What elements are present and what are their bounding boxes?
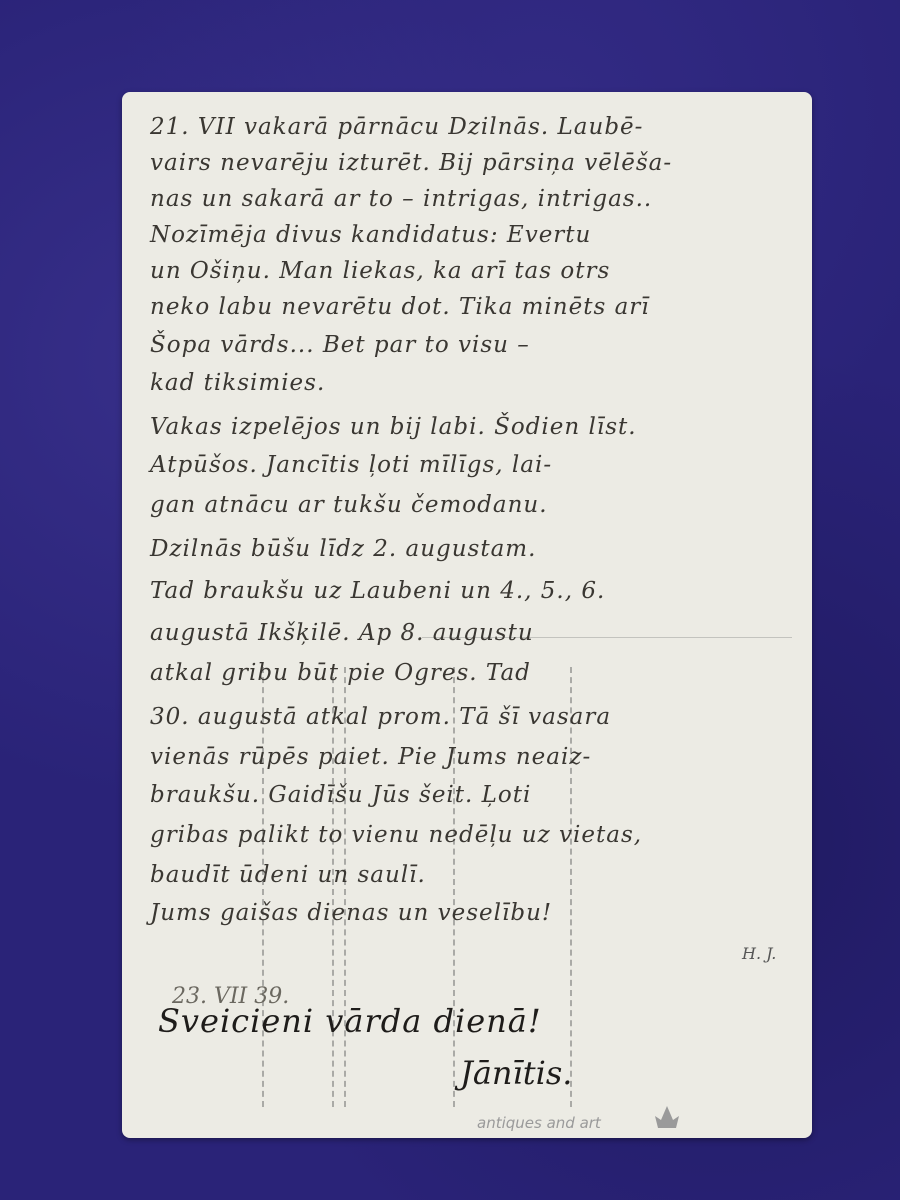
letter-line: Atpūšos. Jancītis ļoti mīlīgs, lai-: [150, 452, 552, 478]
letter-line: vienās rūpēs paiet. Pie Jums neaiz-: [150, 744, 591, 770]
letter-line: kad tiksimies.: [150, 370, 325, 396]
letter-line: nas un sakarā ar to – intrigas, intrigas…: [150, 186, 652, 212]
crown-icon: [652, 1102, 682, 1132]
letter-line: Jums gaišas dienas un veselību!: [150, 900, 552, 926]
watermark-text: antiques and art: [477, 1114, 601, 1132]
letter-line: braukšu. Gaidīšu Jūs šeit. Ļoti: [150, 782, 531, 808]
letter-line: 30. augustā atkal prom. Tā šī vasara: [150, 704, 611, 730]
letter-line: baudīt ūdeni un saulī.: [150, 862, 426, 888]
letter-line: augustā Ikšķilē. Ap 8. augustu: [150, 620, 534, 646]
letter-line: atkal gribu būt pie Ogres. Tad: [150, 660, 531, 686]
letter-line: Tad braukšu uz Laubeni un 4., 5., 6.: [150, 578, 605, 604]
postcard: 21. VII vakarā pārnācu Dzilnās. Laubē- v…: [122, 92, 812, 1138]
greeting-text: Sveicieni vārda dienā!: [158, 1002, 542, 1040]
letter-line: 21. VII vakarā pārnācu Dzilnās. Laubē-: [150, 114, 643, 140]
letter-line: gribas palikt to vienu nedēļu uz vietas,: [150, 822, 642, 848]
letter-line: un Ošiņu. Man liekas, ka arī tas otrs: [150, 258, 610, 284]
letter-line: Vakas izpelējos un bij labi. Šodien līst…: [150, 414, 637, 440]
letter-line: Šopa vārds... Bet par to visu –: [150, 332, 530, 358]
letter-line: Dzilnās būšu līdz 2. augustam.: [150, 536, 536, 562]
letter-line: Nozīmēja divus kandidatus: Evertu: [150, 222, 591, 248]
letter-line: vairs nevarēju izturēt. Bij pārsiņa vēlē…: [150, 150, 672, 176]
signature: Jānītis.: [460, 1054, 572, 1092]
letter-line: gan atnācu ar tukšu čemodanu.: [150, 492, 548, 518]
writer-initials: H. J.: [742, 944, 776, 963]
ruled-divider-line: [570, 667, 572, 1107]
ruled-divider-line: [453, 667, 455, 1107]
letter-line: neko labu nevarētu dot. Tika minēts arī: [150, 294, 650, 320]
